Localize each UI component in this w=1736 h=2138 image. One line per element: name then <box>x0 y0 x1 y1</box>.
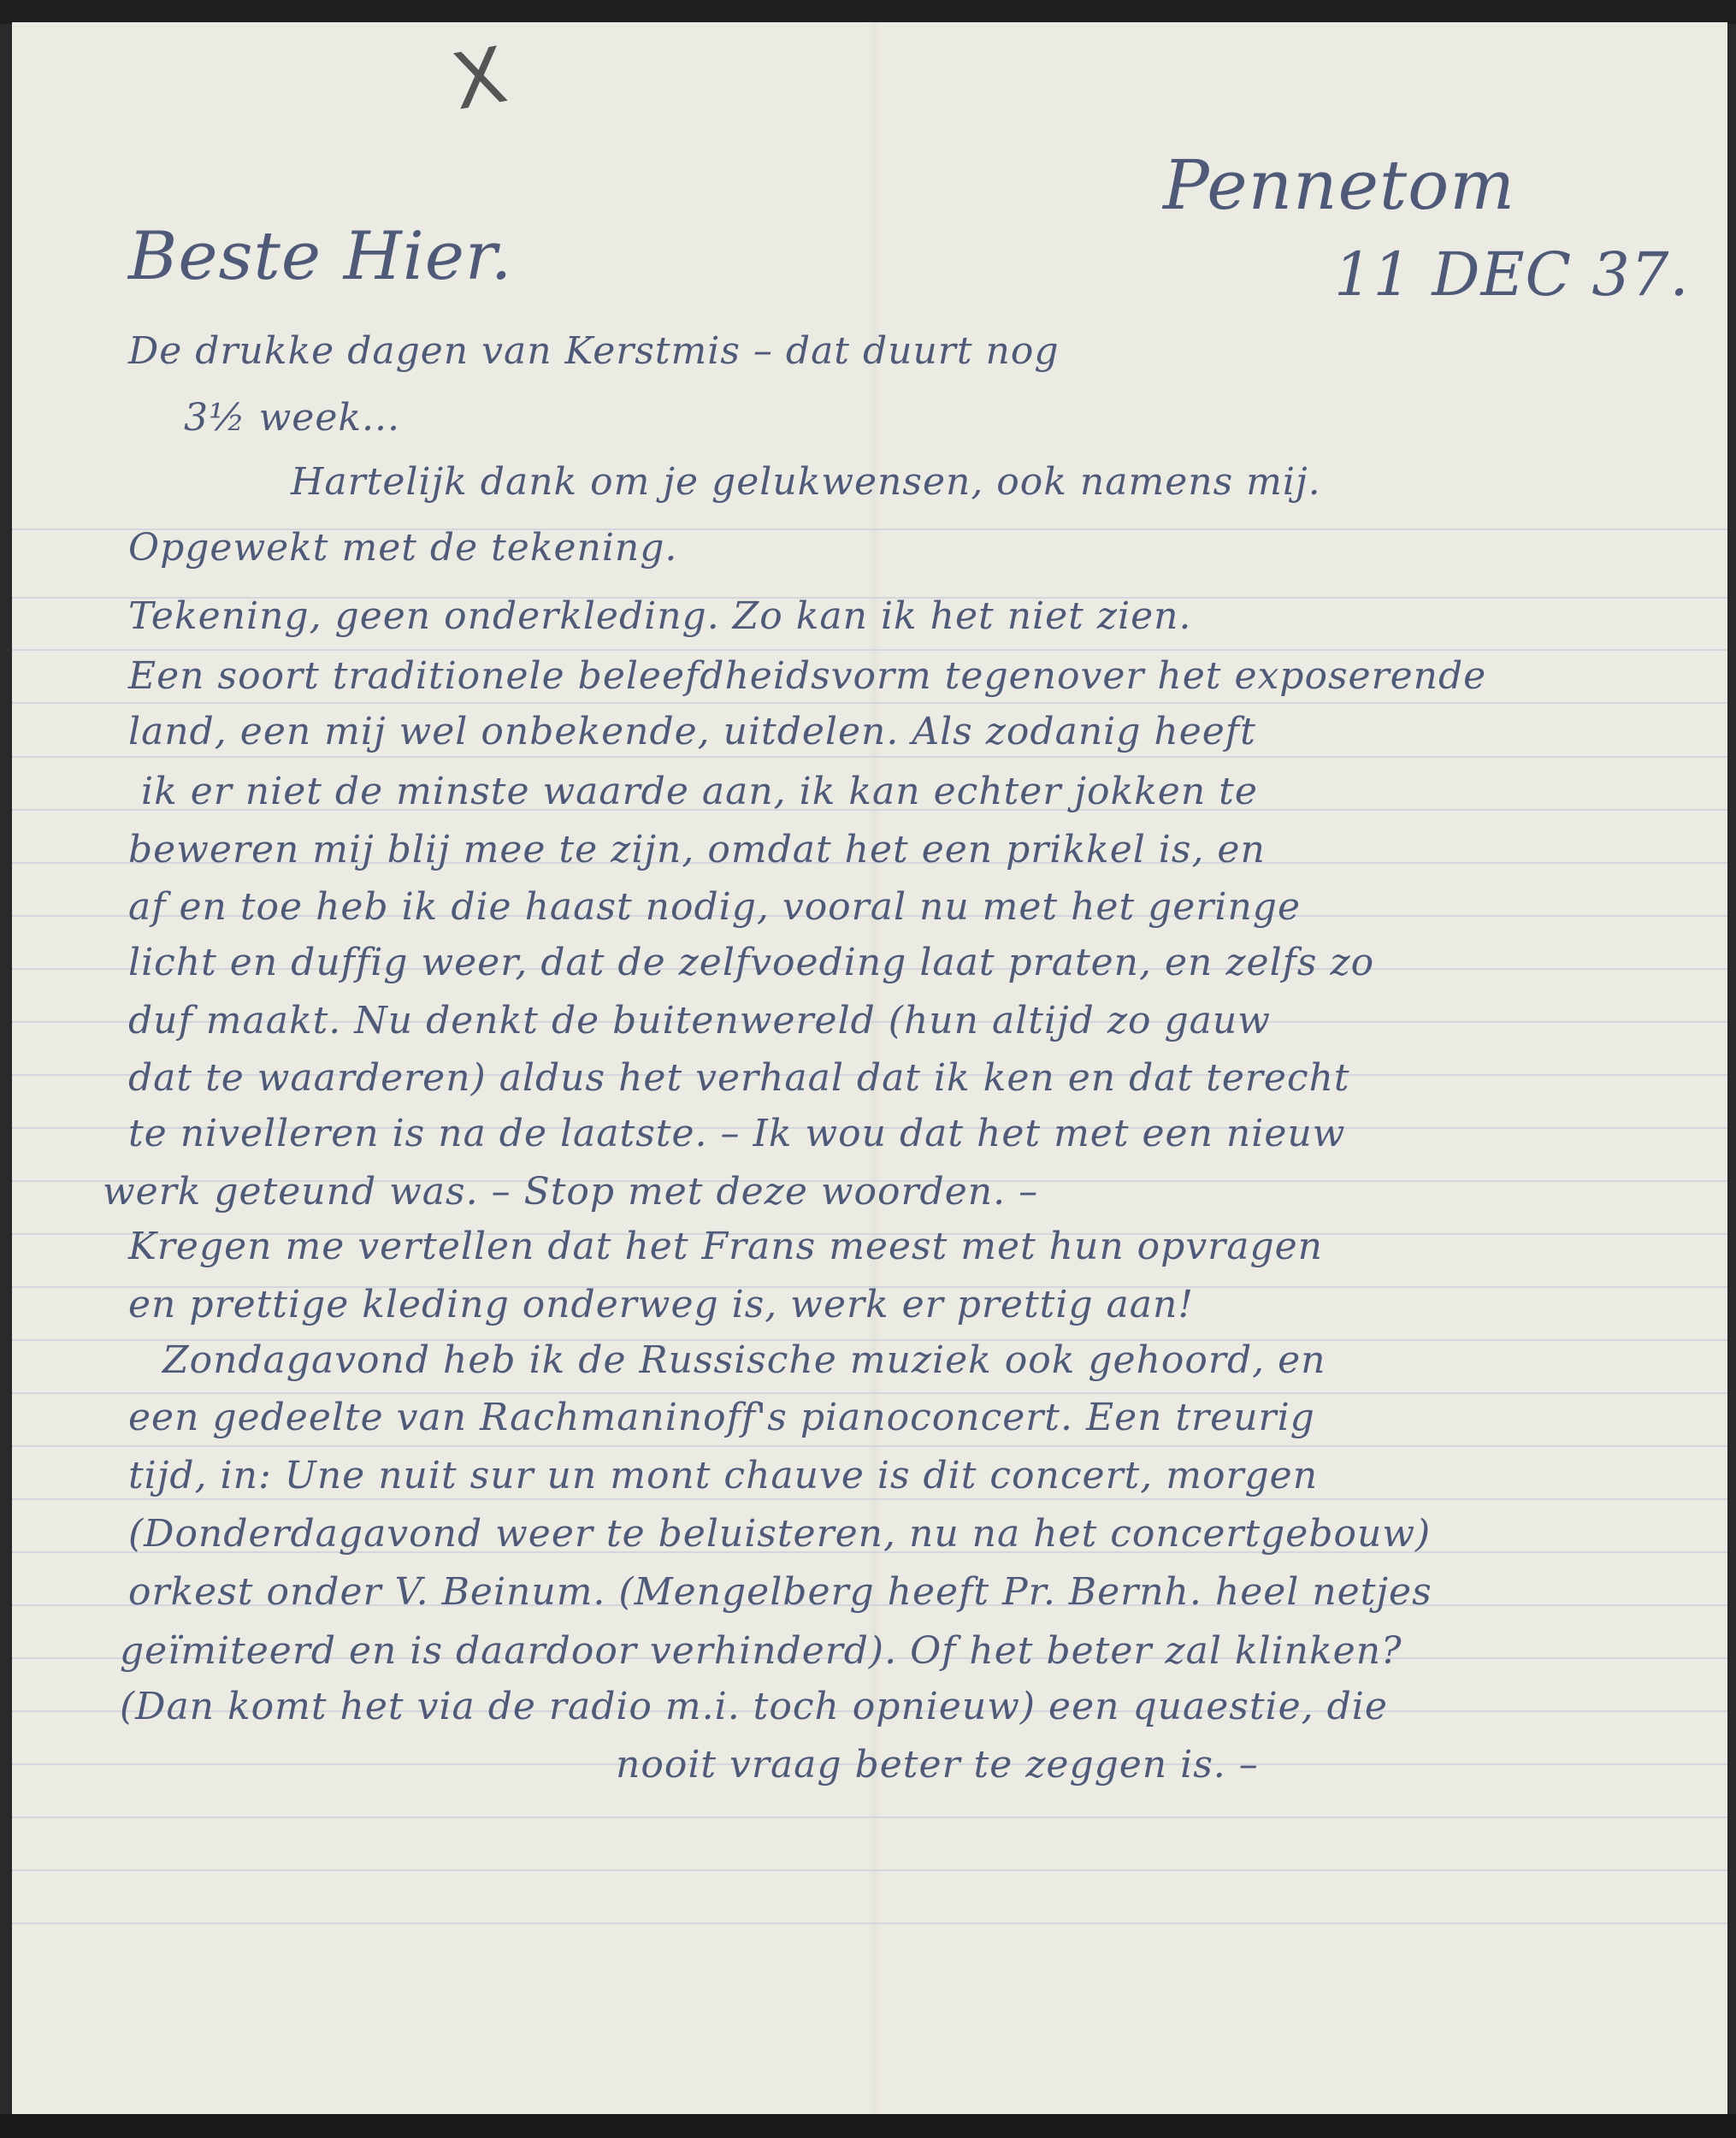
letter-line: 3½ week... <box>184 396 400 440</box>
letter-place: Pennetom <box>1163 145 1515 225</box>
letter-line: Kregen me vertellen dat het Frans meest … <box>128 1225 1323 1268</box>
letter-line: land, een mij wel onbekende, uitdelen. A… <box>128 710 1256 753</box>
ruled-line <box>12 1922 1727 1924</box>
letter-line: en prettige kleding onderweg is, werk er… <box>128 1283 1194 1326</box>
letter-line: ik er niet de minste waarde aan, ik kan … <box>141 770 1258 813</box>
letter-line: beweren mij blij mee te zijn, omdat het … <box>128 828 1266 871</box>
salutation: Beste Hier. <box>128 218 512 295</box>
letter-line: Opgewekt met de tekening. <box>128 526 677 570</box>
letter-line: nooit vraag beter te zeggen is. – <box>616 1743 1259 1787</box>
letter-line: licht en duffig weer, dat de zelfvoeding… <box>128 941 1374 984</box>
letter-line: (Donderdagavond weer te beluisteren, nu … <box>128 1512 1431 1556</box>
scan-edge-top <box>0 0 1736 24</box>
letter-line: een gedeelte van Rachmaninoff's pianocon… <box>128 1396 1315 1439</box>
letter-date: 11 DEC 37. <box>1334 239 1690 310</box>
letter-line: (Dan komt het via de radio m.i. toch opn… <box>120 1685 1388 1728</box>
ruled-line <box>12 1869 1727 1871</box>
ruled-line <box>12 1816 1727 1818</box>
letter-line: geïmiteerd en is daardoor verhinderd). O… <box>120 1629 1402 1673</box>
ruled-line <box>12 1392 1727 1394</box>
letter-line: af en toe heb ik die haast nodig, vooral… <box>128 885 1301 929</box>
letter-line: Een soort traditionele beleefdheidsvorm … <box>128 654 1486 698</box>
letter-line: tijd, in: Une nuit sur un mont chauve is… <box>128 1454 1318 1497</box>
letter-line: Hartelijk dank om je gelukwensen, ook na… <box>291 460 1321 504</box>
letter-line: werk geteund was. – Stop met deze woorde… <box>103 1170 1038 1214</box>
letter-line: orkest onder V. Beinum. (Mengelberg heef… <box>128 1570 1432 1614</box>
ruled-line <box>12 756 1727 758</box>
letter-line: te nivelleren is na de laatste. – Ik wou… <box>128 1112 1345 1155</box>
letter-line: dat te waarderen) aldus het verhaal dat … <box>128 1056 1350 1100</box>
scan-edge-bottom <box>0 2114 1736 2138</box>
ruled-line <box>12 702 1727 704</box>
letter-line: Zondagavond heb ik de Russische muziek o… <box>162 1338 1326 1382</box>
ruled-line <box>12 1445 1727 1447</box>
ruled-line <box>12 649 1727 651</box>
letter-line: De drukke dagen van Kerstmis – dat duurt… <box>128 329 1060 373</box>
ruled-line <box>12 1498 1727 1500</box>
letter-line: Tekening, geen onderkleding. Zo kan ik h… <box>128 594 1191 638</box>
letter-line: duf maakt. Nu denkt de buitenwereld (hun… <box>128 999 1271 1042</box>
